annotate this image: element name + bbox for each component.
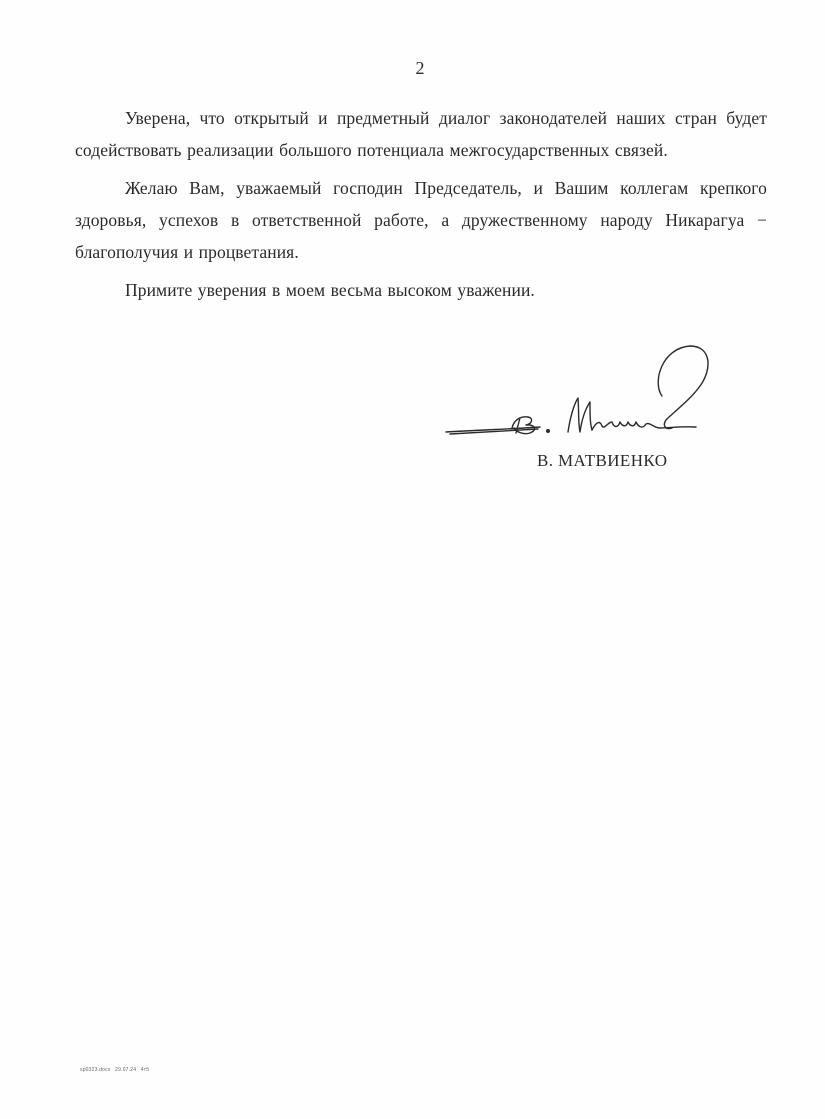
signer-name: В. МАТВИЕНКО bbox=[537, 451, 667, 471]
paragraph-closing: Примите уверения в моем весьма высоком у… bbox=[75, 274, 767, 306]
paragraph-dialog: Уверена, что открытый и предметный диало… bbox=[75, 102, 767, 166]
page-number: 2 bbox=[0, 58, 825, 79]
paragraph-wishes: Желаю Вам, уважаемый господин Председате… bbox=[75, 172, 767, 268]
document-reference: sp0323.docx 29.07.24 4т5 bbox=[80, 1067, 149, 1073]
letter-body: Уверена, что открытый и предметный диало… bbox=[75, 102, 767, 312]
handwritten-signature-icon bbox=[440, 338, 720, 438]
